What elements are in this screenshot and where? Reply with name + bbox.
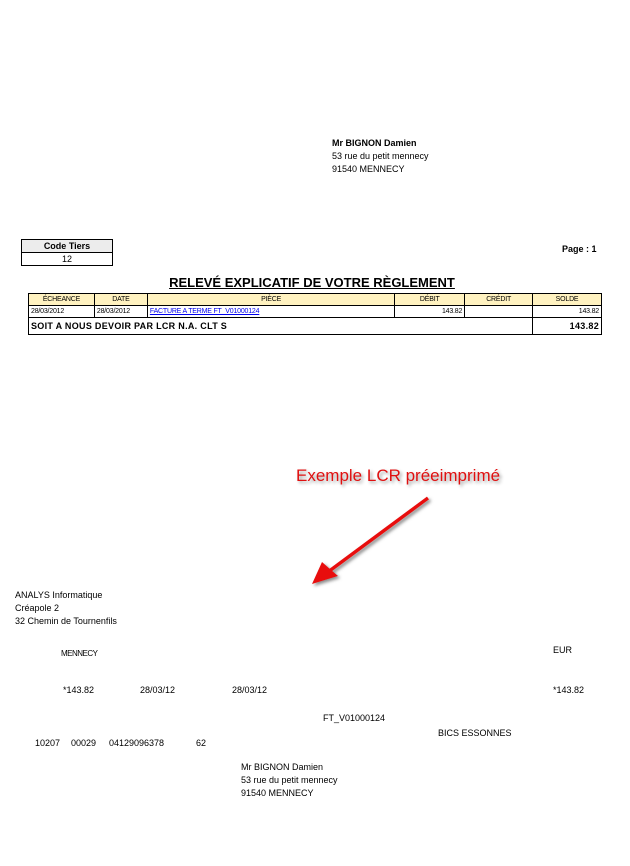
drawee-name: Mr BIGNON Damien — [241, 761, 338, 774]
lcr-amount: *143.82 — [63, 685, 94, 695]
col-credit: CRÉDIT — [465, 294, 533, 306]
total-label: SOIT A NOUS DEVOIR PAR LCR N.A. CLT S — [29, 318, 533, 335]
lcr-place: MENNECY — [61, 649, 98, 658]
statement-table: ÉCHEANCE DATE PIÈCE DÉBIT CRÉDIT SOLDE 2… — [28, 293, 602, 335]
recipient-city: 91540 MENNECY — [332, 163, 429, 176]
rib-bank-code: 10207 — [35, 738, 60, 748]
table-row: 28/03/2012 28/03/2012 FACTURE A TERME FT… — [29, 306, 602, 318]
total-value: 143.82 — [533, 318, 602, 335]
issuer-address: ANALYS Informatique Créapole 2 32 Chemin… — [15, 589, 117, 628]
code-tiers-box: Code Tiers 12 — [21, 239, 113, 266]
rib-branch-code: 00029 — [71, 738, 96, 748]
lcr-reference: FT_V01000124 — [323, 713, 385, 723]
recipient-name: Mr BIGNON Damien — [332, 137, 429, 150]
recipient-address: Mr BIGNON Damien 53 rue du petit mennecy… — [332, 137, 429, 176]
drawee-city: 91540 MENNECY — [241, 787, 338, 800]
issuer-line2: Créapole 2 — [15, 602, 117, 615]
drawee-address: Mr BIGNON Damien 53 rue du petit mennecy… — [241, 761, 338, 800]
cell-date: 28/03/2012 — [94, 306, 147, 318]
rib-key: 62 — [196, 738, 206, 748]
issuer-line3: 32 Chemin de Tournenfils — [15, 615, 117, 628]
total-row: SOIT A NOUS DEVOIR PAR LCR N.A. CLT S 14… — [29, 318, 602, 335]
invoice-link[interactable]: FACTURE A TERME FT_V01000124 — [147, 306, 394, 318]
lcr-bank: BICS ESSONNES — [438, 728, 512, 738]
col-date: DATE — [94, 294, 147, 306]
table-header-row: ÉCHEANCE DATE PIÈCE DÉBIT CRÉDIT SOLDE — [29, 294, 602, 306]
lcr-currency: EUR — [553, 645, 572, 655]
cell-debit: 143.82 — [395, 306, 465, 318]
issuer-name: ANALYS Informatique — [15, 589, 117, 602]
page-number: Page : 1 — [562, 244, 597, 254]
statement-title-text: RELEVÉ EXPLICATIF DE VOTRE RÈGLEMENT — [169, 275, 455, 290]
lcr-creation-date: 28/03/12 — [140, 685, 175, 695]
code-tiers-value: 12 — [22, 253, 112, 265]
cell-solde: 143.82 — [533, 306, 602, 318]
col-piece: PIÈCE — [147, 294, 394, 306]
recipient-street: 53 rue du petit mennecy — [332, 150, 429, 163]
lcr-amount-right: *143.82 — [553, 685, 584, 695]
drawee-street: 53 rue du petit mennecy — [241, 774, 338, 787]
cell-credit — [465, 306, 533, 318]
code-tiers-label: Code Tiers — [22, 240, 112, 253]
col-echeance: ÉCHEANCE — [29, 294, 95, 306]
arrow-icon — [300, 490, 440, 590]
rib-account: 04129096378 — [109, 738, 164, 748]
callout-label: Exemple LCR préeimprimé — [296, 466, 500, 486]
col-debit: DÉBIT — [395, 294, 465, 306]
statement-title: RELEVÉ EXPLICATIF DE VOTRE RÈGLEMENT — [0, 275, 630, 290]
cell-echeance: 28/03/2012 — [29, 306, 95, 318]
lcr-due-date: 28/03/12 — [232, 685, 267, 695]
col-solde: SOLDE — [533, 294, 602, 306]
